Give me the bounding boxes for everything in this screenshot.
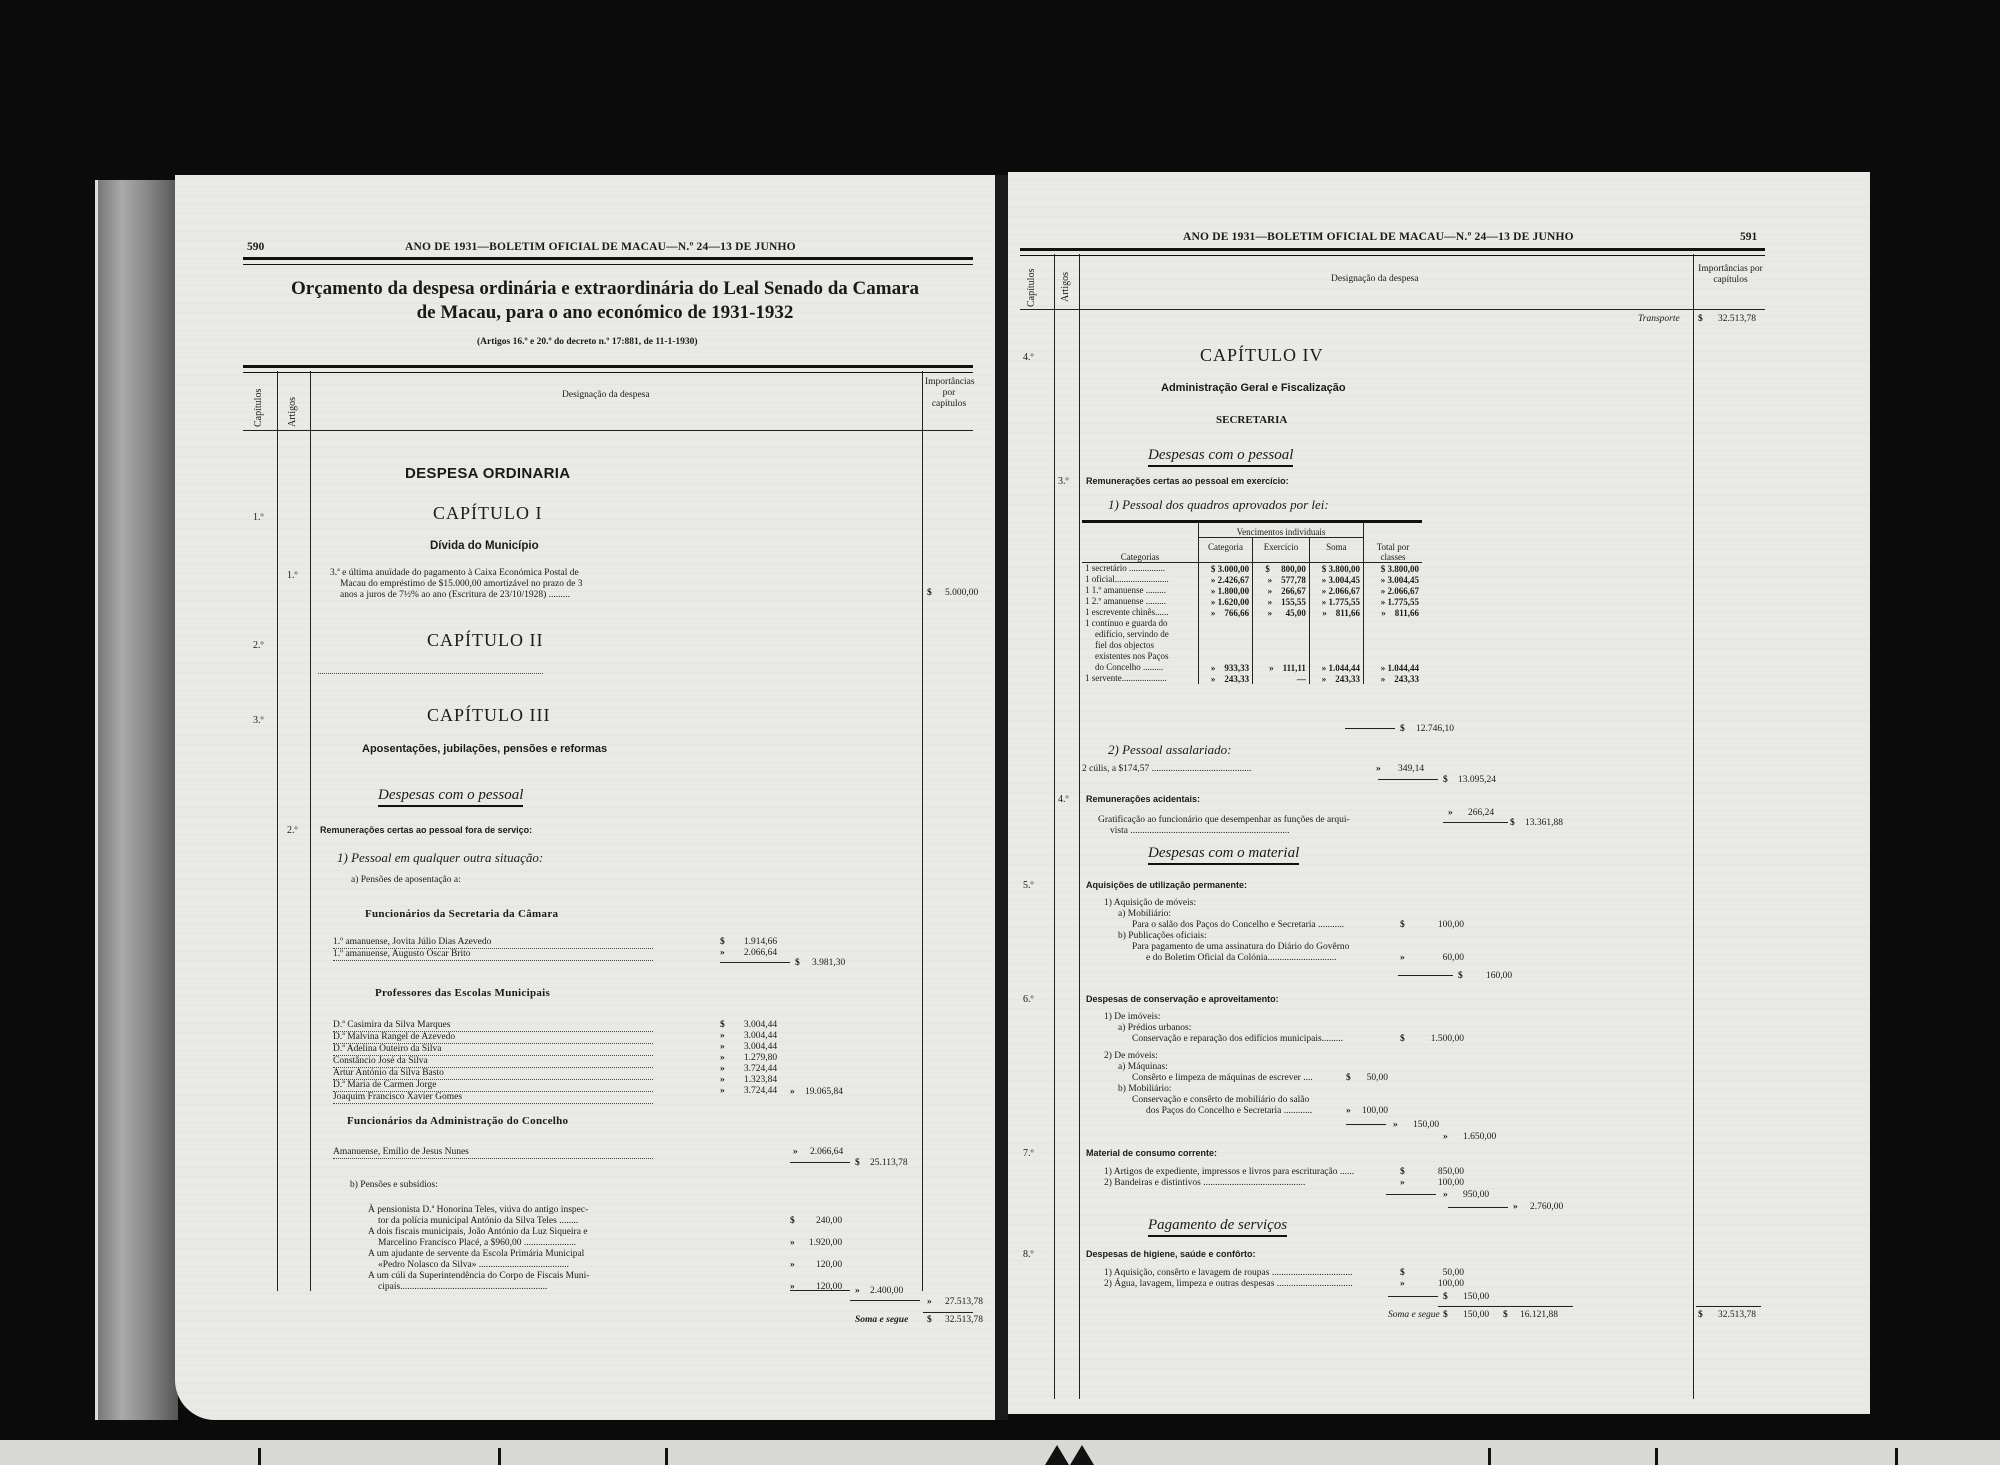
group-values: $ 1.914,66 » 2.066,64 [720, 937, 777, 959]
amount: 120,00 [797, 1282, 842, 1293]
text-line: Conservação e consêrto de mobiliário do … [1132, 1095, 1309, 1105]
cell-c4: » 3.004,45 [1364, 574, 1423, 585]
transport-label: Transporte [1638, 314, 1680, 324]
row-name: 1.º amanuense, Jovita Júlio Dias Azevedo [333, 937, 653, 949]
soma-label: Soma e segue [855, 1315, 908, 1325]
running-header: ANO DE 1931—BOLETIM OFICIAL DE MACAU—N.º… [1183, 231, 1574, 243]
film-bottom-strip [0, 1440, 2000, 1465]
row-name: Constâncio José da Silva [333, 1056, 653, 1068]
list-item: Amanuense, Emílio de Jesus Nunes [333, 1147, 653, 1159]
section-title: DESPESA ORDINARIA [405, 465, 570, 482]
currency-sign: $ [1443, 1292, 1448, 1302]
text-line: do Concelho ......... [1085, 662, 1195, 673]
cell-categoria: 1 oficial........................ [1082, 574, 1199, 585]
sum-rule [1388, 1296, 1438, 1297]
header-rule [1020, 248, 1765, 256]
soma-label: Soma e segue [1388, 1310, 1440, 1320]
text-line: 3.ª e última anuïdade do pagamento à Cai… [330, 568, 582, 579]
list-item: A um cúli da Superintendência do Corpo d… [368, 1271, 589, 1293]
th-total: Total por classes [1364, 522, 1423, 563]
list-item: 1) Aquisição, consêrto e lavagem de roup… [1104, 1268, 1353, 1279]
col-header-artigos: Artigos [1060, 272, 1071, 302]
sum-rule [1346, 1124, 1386, 1125]
value-row: » 1.323,84 [720, 1075, 777, 1086]
currency-sign: » [790, 1238, 795, 1248]
table-row: 1 servente....................» 243,33—»… [1082, 673, 1422, 684]
currency-sign: $ [795, 958, 800, 968]
group-rows: 1.º amanuense, Jovita Júlio Dias Azevedo… [333, 937, 653, 961]
cell-c1: » 243,33 [1199, 673, 1253, 684]
cell-categoria: 1 secretário ................ [1082, 563, 1199, 575]
cell-c3: » 3.004,45 [1309, 574, 1363, 585]
amount: 1.920,00 [797, 1238, 842, 1249]
sum-rule [790, 1290, 850, 1291]
column-divider [1054, 254, 1055, 1399]
amount: 100,00 [1414, 1178, 1464, 1189]
amount: 5.000,00 [945, 588, 978, 598]
group-title: Funcionários da Administração do Concelh… [347, 1115, 568, 1127]
article-heading: Despesas de conservação e aproveitamento… [1086, 994, 1279, 1004]
list-item: Artur António da Silva Basto [333, 1068, 653, 1080]
currency-sign: » [793, 1147, 798, 1157]
running-header: ANO DE 1931—BOLETIM OFICIAL DE MACAU—N.º… [405, 241, 796, 253]
title-line-1: Orçamento da despesa ordinária e extraor… [235, 277, 975, 301]
text-line: 1 2.º amanuense ......... [1085, 596, 1195, 607]
amount: 3.724,44 [727, 1086, 777, 1097]
cell-c2: » 45,00 [1253, 607, 1310, 618]
section-heading: Despesas com o material [1148, 845, 1299, 865]
subtotal: 3.981,30 [812, 958, 845, 968]
cell-categoria: 1 escrevente chinês...... [1082, 607, 1199, 618]
amount: 120,00 [797, 1260, 842, 1271]
subtotal: 19.065,84 [805, 1087, 843, 1097]
transport-value: 32.513,78 [1718, 314, 1756, 324]
value-row: » 3.004,44 [720, 1031, 777, 1042]
currency-sign: » [790, 1087, 795, 1097]
currency-sign: $ [1443, 775, 1448, 785]
cell-categoria: 1 servente.................... [1082, 673, 1199, 684]
currency-sign: » [1376, 764, 1381, 774]
text-line: edifício, servindo de [1085, 629, 1195, 640]
text-line: 2) Água, lavagem, limpeza e outras despe… [1104, 1279, 1353, 1289]
article-number: 5.º [1023, 880, 1034, 891]
book-gutter [995, 175, 1008, 1420]
col-header-capitulos: Capítulos [253, 389, 264, 427]
list-item: A dois fiscais municipais, João António … [368, 1227, 589, 1249]
left-page: 590 ANO DE 1931—BOLETIM OFICIAL DE MACAU… [175, 175, 995, 1420]
cell-c4: » 243,33 [1364, 673, 1423, 684]
film-mark [1488, 1448, 1491, 1465]
cell-c1: » 1.620,00 [1199, 596, 1253, 607]
th-vencimentos: Vencimentos individuais [1199, 522, 1364, 538]
section-title: SECRETARIA [1216, 414, 1287, 426]
dotted-rule [318, 673, 543, 674]
list-item: 1.º amanuense, Jovita Júlio Dias Azevedo [333, 937, 653, 949]
page-number: 590 [247, 241, 264, 253]
text-line: 2) De móveis: [1104, 1051, 1158, 1061]
currency-sign: $ [1458, 971, 1463, 981]
table-top-rule [243, 365, 973, 373]
list-item: b) Mobiliário: [1104, 1084, 1343, 1095]
subtotal: 1.650,00 [1463, 1132, 1496, 1142]
film-mark [1655, 1448, 1658, 1465]
subtotal: 13.095,24 [1458, 775, 1496, 785]
article-heading: Remunerações certas ao pessoal fora de s… [320, 825, 532, 835]
amount: 50,00 [1414, 1268, 1464, 1279]
value-row: $ 1.914,66 [720, 937, 777, 948]
film-arrow-icon [1070, 1445, 1094, 1465]
currency-sign: $ [1346, 1073, 1351, 1084]
list-item: b) Publicações oficiais: [1104, 931, 1349, 942]
cell-c3: $ 3.800,00 [1309, 563, 1363, 575]
amount: 850,00 [1414, 1167, 1464, 1178]
list-item: Para o salão dos Paços do Concelho e Sec… [1104, 920, 1349, 931]
row-name: Joaquim Francisco Xavier Gomes [333, 1092, 653, 1104]
amount: 1.323,84 [727, 1075, 777, 1086]
subtotal: 2.400,00 [870, 1286, 903, 1296]
table-row: 1 secretário ................$ 3.000,00$… [1082, 563, 1422, 575]
currency-sign: » [790, 1260, 795, 1270]
list-item: 1) Aquisição de móveis: [1104, 898, 1349, 909]
cell-c1: » 933,33 [1199, 618, 1253, 673]
text-line: Conservação e reparação dos edifícios mu… [1132, 1034, 1343, 1044]
text-line: e do Boletim Oficial da Colónia.........… [1146, 953, 1337, 963]
table-row: 1 1.º amanuense .........» 1.800,00» 266… [1082, 585, 1422, 596]
cell-c1: $ 3.000,00 [1199, 563, 1253, 575]
cell-c3: » 2.066,67 [1309, 585, 1363, 596]
header-bottom-rule [243, 430, 973, 431]
row-name: D.ª Adelina Outeiro da Silva [333, 1044, 653, 1056]
amount: 1.500,00 [1414, 1034, 1464, 1045]
currency-sign: $ [1400, 1167, 1405, 1178]
text-line: 1 servente.................... [1085, 673, 1195, 684]
chapter-title: CAPÍTULO II [427, 630, 544, 651]
amount: 3.004,44 [727, 1020, 777, 1031]
list-item: À pensionista D.ª Honorina Teles, viúva … [368, 1205, 589, 1227]
currency-sign: $ [1698, 1310, 1703, 1320]
list-item: Conservação e reparação dos edifícios mu… [1104, 1034, 1343, 1045]
subsection: 1) Pessoal em qualquer outra situação: [337, 850, 543, 866]
text-line: a) Prédios urbanos: [1118, 1023, 1191, 1033]
row-name: D.ª Malvina Rangel de Azevedo [333, 1032, 653, 1044]
list-item: 2) Água, lavagem, limpeza e outras despe… [1104, 1279, 1353, 1290]
text-line: 2) Bandeiras e distintivos .............… [1104, 1178, 1305, 1188]
chapter-subtitle: Dívida do Município [430, 540, 539, 552]
table-row: 1 escrevente chinês......» 766,66» 45,00… [1082, 607, 1422, 618]
currency-sign: $ [1400, 1034, 1405, 1045]
value-row: » 2.066,64 [720, 948, 777, 959]
cell-c3: » 811,66 [1309, 607, 1363, 618]
amount: 100,00 [1414, 920, 1464, 931]
currency-sign: $ [927, 588, 932, 598]
value-row: $ 3.004,44 [720, 1020, 777, 1031]
chapter-number: 2.º [253, 640, 264, 651]
text-line: anos a juros de 7½% ao ano (Escritura de… [330, 590, 582, 601]
value-row: $ 240,00 [790, 1216, 842, 1238]
text-line: b) Mobiliário: [1118, 1084, 1172, 1094]
column-divider [922, 371, 923, 1291]
cell-c2: » 577,78 [1253, 574, 1310, 585]
text-line: 1) Artigos de expediente, impressos e li… [1104, 1167, 1354, 1177]
value-row: » 1.279,80 [720, 1053, 777, 1064]
currency-sign: $ [790, 1216, 795, 1226]
list-item: D.ª Maria de Carmen Jorge [333, 1080, 653, 1092]
currency-sign: » [927, 1297, 932, 1307]
cell-categoria: 1 2.º amanuense ......... [1082, 596, 1199, 607]
header-rule [243, 257, 973, 265]
list-item: A um ajudante de servente da Escola Prim… [368, 1249, 589, 1271]
carry-total: 32.513,78 [945, 1315, 983, 1325]
article-lines: 1) De imóveis:a) Prédios urbanos:Conserv… [1104, 1012, 1343, 1117]
sum-rule [1386, 1194, 1436, 1195]
list-item: 2) Bandeiras e distintivos .............… [1104, 1178, 1354, 1189]
subtotal: 12.746,10 [1416, 724, 1454, 734]
currency-sign: $ [1400, 1268, 1405, 1279]
currency-sign: $ [855, 1158, 860, 1168]
list-item: 1) De imóveis: [1104, 1012, 1343, 1023]
th-categoria: Categoria [1199, 538, 1253, 563]
cell-c3: » 1.044,44 [1309, 618, 1363, 673]
currency-sign: » [1346, 1106, 1351, 1117]
text-line: fiel dos objectos [1085, 640, 1195, 651]
text-line: 1) De imóveis: [1104, 1012, 1160, 1022]
amount: 50,00 [1356, 1073, 1388, 1084]
group-title: Funcionários da Secretaria da Câmara [365, 908, 558, 920]
text-line: 1 secretário ................ [1085, 563, 1195, 574]
currency-sign: » [720, 948, 725, 958]
article-number: 8.º [1023, 1249, 1034, 1260]
list-item: Joaquim Francisco Xavier Gomes [333, 1092, 653, 1104]
chapter-total: 27.513,78 [945, 1297, 983, 1307]
currency-sign: » [720, 1086, 725, 1096]
personnel-table: Categorias Vencimentos individuais Total… [1082, 520, 1422, 684]
currency-sign: $ [1510, 818, 1515, 828]
cell-categoria: 1 contínuo e guarda doedifício, servindo… [1082, 618, 1199, 673]
article-text: 3.ª e última anuïdade do pagamento à Cai… [330, 568, 582, 601]
article-number: 7.º [1023, 1148, 1034, 1159]
article-number: 4.º [1058, 794, 1069, 805]
article-heading: Despesas de higiene, saúde e confôrto: [1086, 1249, 1256, 1259]
text-line: 1 escrevente chinês...... [1085, 607, 1195, 618]
list-item: a) Prédios urbanos: [1104, 1023, 1343, 1034]
col-header-capitulos: Capítulos [1026, 269, 1037, 307]
text-line: 1) Aquisição de móveis: [1104, 898, 1196, 908]
list-item: 1.º amanuense, Augusto Oscar Brito [333, 949, 653, 961]
section-heading: Pagamento de serviços [1148, 1217, 1287, 1237]
currency-sign: $ [927, 1315, 932, 1325]
amount: 1.279,80 [727, 1053, 777, 1064]
subtotal: 2.760,00 [1530, 1202, 1563, 1212]
list-item: dos Paços do Concelho e Secretaria .....… [1104, 1106, 1343, 1117]
cell-c4: $ 3.800,00 [1364, 563, 1423, 575]
text-line: Macau do empréstimo de $15.000,00 amorti… [330, 579, 582, 590]
row-name: D.ª Maria de Carmen Jorge [333, 1080, 653, 1092]
amount: 2.066,64 [810, 1147, 843, 1157]
chapter-subtitle: Administração Geral e Fiscalização [1161, 382, 1346, 394]
text-line: A dois fiscais municipais, João António … [368, 1227, 589, 1238]
text-line: A um ajudante de servente da Escola Prim… [368, 1249, 589, 1260]
value-row: » 3.004,44 [720, 1042, 777, 1053]
list-item: Consêrto e limpeza de máquinas de escrev… [1104, 1073, 1343, 1084]
text-line: existentes nos Paços [1085, 651, 1195, 662]
col-header-designacao: Designação da despesa [562, 390, 650, 401]
row-name: D.ª Casimira da Silva Marques [333, 1020, 653, 1032]
currency-sign: $ [1698, 314, 1703, 324]
cell-c1: » 1.800,00 [1199, 585, 1253, 596]
text-line: dos Paços do Concelho e Secretaria .....… [1146, 1106, 1312, 1116]
subtotal: 25.113,78 [870, 1158, 908, 1168]
currency-sign: » [1400, 1178, 1405, 1189]
subtotal: 950,00 [1463, 1190, 1489, 1200]
article-number: 6.º [1023, 994, 1034, 1005]
currency-sign: » [1513, 1202, 1518, 1212]
column-divider [1079, 254, 1080, 1399]
article-number: 2.º [287, 825, 298, 836]
article-heading: Remunerações acidentais: [1086, 794, 1200, 804]
amount: 1.914,66 [727, 937, 777, 948]
sum-rule [1448, 1207, 1508, 1208]
cell-c1: » 766,66 [1199, 607, 1253, 618]
group-rows: D.ª Casimira da Silva MarquesD.ª Malvina… [333, 1020, 653, 1104]
cell-categoria: 1 1.º amanuense ......... [1082, 585, 1199, 596]
row-name: 1.º amanuense, Augusto Oscar Brito [333, 949, 653, 961]
text-line: vista ..................................… [1098, 826, 1350, 837]
column-divider [1693, 254, 1694, 1399]
amount: 60,00 [1414, 953, 1464, 964]
amount: 240,00 [797, 1216, 842, 1227]
currency-sign: » [1443, 1190, 1448, 1200]
currency-sign: » [1443, 1132, 1448, 1142]
subsection: b) Pensões e subsídios: [350, 1180, 438, 1191]
list-item: a) Máquinas: [1104, 1062, 1343, 1073]
carry-total: 32.513,78 [1718, 1310, 1756, 1320]
cell-c2: » 155,55 [1253, 596, 1310, 607]
currency-sign: » [720, 1053, 725, 1063]
list-item: D.ª Adelina Outeiro da Silva [333, 1044, 653, 1056]
text-line: «Pedro Nolasco da Silva» ...............… [368, 1260, 589, 1271]
list-item: a) Mobiliário: [1104, 909, 1349, 920]
list-item: e do Boletim Oficial da Colónia.........… [1104, 953, 1349, 964]
col-header-designacao: Designação da despesa [1331, 274, 1419, 285]
cell-c4: » 1.044,44 [1364, 618, 1423, 673]
column-divider [277, 371, 278, 1291]
subsection: 1) Pessoal dos quadros aprovados por lei… [1108, 497, 1329, 513]
currency-sign: » [720, 1064, 725, 1074]
cell-c4: » 2.066,67 [1364, 585, 1423, 596]
chapter-title: CAPÍTULO IV [1200, 345, 1324, 366]
subsection: a) Pensões de aposentação a: [351, 875, 461, 886]
chapter-title: CAPÍTULO III [427, 705, 550, 726]
sum-rule [1443, 822, 1508, 823]
chapter-number: 3.º [253, 715, 264, 726]
page-number: 591 [1740, 231, 1757, 243]
currency-sign: $ [720, 937, 725, 947]
currency-sign: $ [1400, 920, 1405, 931]
chapter-title: CAPÍTULO I [433, 503, 543, 524]
currency-sign: » [720, 1042, 725, 1052]
film-mark [258, 1448, 261, 1465]
text-line: tor da polícia municipal António da Silv… [368, 1216, 589, 1227]
article-lines: 1) Artigos de expediente, impressos e li… [1104, 1167, 1354, 1189]
sum-rule [720, 962, 790, 963]
currency-sign: » [1393, 1120, 1398, 1130]
amount: 150,00 [1413, 1120, 1439, 1130]
list-item: 2 cúlis, a $174,57 .....................… [1082, 764, 1251, 775]
sum-rule [1378, 779, 1438, 780]
list-item: 1) Artigos de expediente, impressos e li… [1104, 1167, 1354, 1178]
amount: 16.121,88 [1520, 1310, 1558, 1320]
sum-rule [1696, 1306, 1761, 1307]
amount: 2.066,64 [727, 948, 777, 959]
sum-rule [790, 1162, 850, 1163]
sum-rule [1398, 975, 1453, 976]
table-row: 1 contínuo e guarda doedifício, servindo… [1082, 618, 1422, 673]
cell-c2: — [1253, 673, 1310, 684]
group-title: Professores das Escolas Municipais [375, 987, 550, 999]
text-line: Para o salão dos Paços do Concelho e Sec… [1132, 920, 1344, 930]
section-heading: Despesas com o pessoal [378, 787, 523, 807]
text-line: Gratificação ao funcionário que desempen… [1098, 815, 1350, 826]
title-line-2: de Macau, para o ano económico de 1931-1… [235, 301, 975, 325]
text-line: a) Mobiliário: [1118, 909, 1171, 919]
article-heading: Material de consumo corrente: [1086, 1148, 1217, 1158]
amount: 349,14 [1398, 764, 1424, 774]
pension-rows: À pensionista D.ª Honorina Teles, viúva … [368, 1205, 589, 1293]
cell-c2: » 266,67 [1253, 585, 1310, 596]
currency-sign: $ [720, 1020, 725, 1030]
list-item: D.ª Malvina Rangel de Azevedo [333, 1032, 653, 1044]
document-title: Orçamento da despesa ordinária e extraor… [235, 277, 975, 325]
currency-sign: $ [1443, 1310, 1448, 1320]
cell-c1: » 2.426,67 [1199, 574, 1253, 585]
amount: 150,00 [1463, 1310, 1489, 1320]
th-soma: Soma [1309, 538, 1363, 563]
group-values: $ 3.004,44» 3.004,44» 3.004,44» 1.279,80… [720, 1020, 777, 1097]
text-line: Consêrto e limpeza de máquinas de escrev… [1132, 1073, 1313, 1083]
article-heading: Aquisições de utilização permanente: [1086, 880, 1247, 890]
article-text: Gratificação ao funcionário que desempen… [1098, 815, 1350, 837]
subtotal: 160,00 [1486, 971, 1512, 981]
subsection: 2) Pessoal assalariado: [1108, 742, 1232, 758]
col-header-artigos: Artigos [287, 397, 298, 427]
list-item: D.ª Casimira da Silva Marques [333, 1020, 653, 1032]
section-heading: Despesas com o pessoal [1148, 447, 1293, 467]
text-line: Para pagamento de uma assinatura do Diár… [1132, 942, 1349, 952]
th-categorias: Categorias [1082, 522, 1199, 563]
table-row: 1 oficial........................» 2.426… [1082, 574, 1422, 585]
currency-sign: $ [1400, 724, 1405, 734]
text-line: 1 oficial........................ [1085, 574, 1195, 585]
chapter-number: 1.º [253, 512, 264, 523]
list-item: 2) De móveis: [1104, 1051, 1343, 1062]
chapter-number: 4.º [1023, 352, 1034, 363]
sum-rule [923, 1312, 973, 1313]
amount: 266,24 [1468, 808, 1494, 818]
film-mark [498, 1448, 501, 1465]
cell-c3: » 243,33 [1309, 673, 1363, 684]
list-item: Conservação e consêrto de mobiliário do … [1104, 1095, 1343, 1106]
currency-sign: » [720, 1031, 725, 1041]
amount: 100,00 [1414, 1279, 1464, 1290]
row-name: Amanuense, Emílio de Jesus Nunes [333, 1147, 653, 1159]
row-name: Artur António da Silva Basto [333, 1068, 653, 1080]
article-number: 3.º [1058, 476, 1069, 487]
film-mark [665, 1448, 668, 1465]
value-row: » 120,00 [790, 1282, 842, 1304]
chapter-subtitle: Aposentações, jubilações, pensões e refo… [362, 743, 607, 755]
document-subtitle: (Artigos 16.º e 20.º do decreto n.º 17:8… [477, 337, 698, 347]
currency-sign: » [855, 1286, 860, 1296]
